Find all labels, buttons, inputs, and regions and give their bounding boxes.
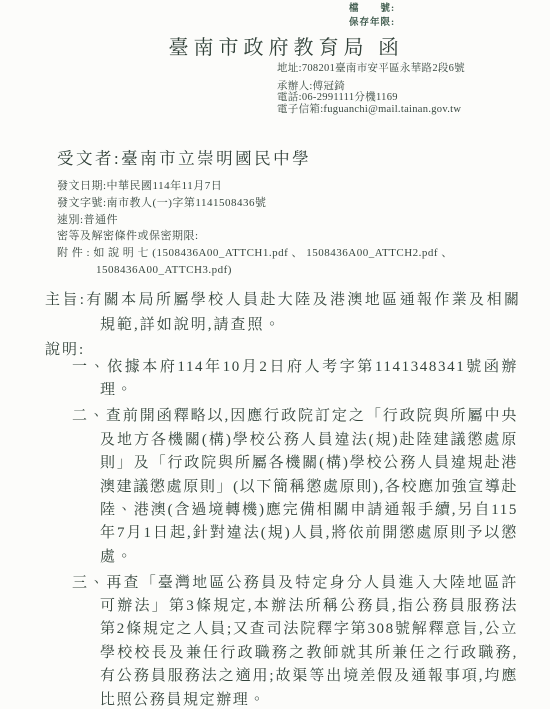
item-text: 依據本府114年10月2日府人考字第1141348341號函辦理。 — [100, 359, 518, 398]
item-number: 一、 — [72, 359, 107, 375]
subject-line: 主旨:有關本局所屬學校人員赴大陸及港澳地區通報作業及相關規範,詳如說明,請查照。 — [45, 288, 521, 338]
document-meta-block: 發文日期:中華民國114年11月7日 發文字號:南市教人(一)字第1141508… — [57, 178, 529, 279]
description-item: 三、再查「臺灣地區公務員及特定身分人員進入大陸地區許可辦法」第3條規定,本辦法所… — [72, 572, 518, 709]
issue-date-line: 發文日期:中華民國114年11月7日 — [57, 178, 529, 195]
priority-line: 速別:普通件 — [57, 212, 529, 229]
retention-period-label: 保存年限: — [349, 17, 395, 31]
description-item: 一、依據本府114年10月2日府人考字第1141348341號函辦理。 — [72, 356, 518, 403]
attachment-label: 附 件 : — [57, 247, 90, 259]
item-text: 再查「臺灣地區公務員及特定身分人員進入大陸地區許可辦法」第3條規定,本辦法所稱公… — [100, 575, 518, 708]
attachment-line: 附 件 : 如 說 明 七 (1508436A00_ATTCH1.pdf 、 1… — [57, 245, 529, 279]
agency-title: 臺南市政府教育局 函 — [0, 31, 550, 60]
phone-line: 電話:06-2991111分機1169 — [277, 92, 465, 104]
item-number: 三、 — [72, 575, 106, 591]
address-line: 地址:708201臺南市安平區永華路2段6號 — [277, 63, 465, 75]
contact-person-line: 承辦人:傅冠錡 — [277, 81, 465, 93]
recipient-line: 受文者:臺南市立崇明國民中學 — [57, 145, 311, 169]
description-items: 一、依據本府114年10月2日府人考字第1141348341號函辦理。 二、查前… — [72, 356, 518, 709]
subject-label: 主旨: — [45, 292, 86, 308]
subject-text: 有關本局所屬學校人員赴大陸及港澳地區通報作業及相關規範,詳如說明,請查照。 — [86, 292, 521, 333]
doc-number-line: 發文字號:南市教人(一)字第1141508436號 — [57, 195, 529, 212]
recipient-name: 臺南市立崇明國民中學 — [121, 149, 311, 168]
description-item: 二、查前開函釋略以,因應行政院訂定之「行政院與所屬中央及地方各機關(構)學校公務… — [72, 405, 518, 569]
attachment-value: 如 說 明 七 (1508436A00_ATTCH1.pdf 、 1508436… — [93, 247, 453, 276]
email-line: 電子信箱:fuguanchi@mail.tainan.gov.tw — [277, 104, 465, 116]
corner-labels: 檔 號: 保存年限: — [349, 3, 395, 30]
contact-info-block: 地址:708201臺南市安平區永華路2段6號 承辦人:傅冠錡 電話:06-299… — [277, 63, 465, 115]
item-number: 二、 — [72, 408, 106, 424]
file-number-label: 檔 號: — [349, 3, 395, 17]
official-letter-page: 檔 號: 保存年限: 臺南市政府教育局 函 地址:708201臺南市安平區永華路… — [0, 0, 550, 709]
security-line: 密等及解密條件或保密期限: — [57, 228, 529, 245]
recipient-label: 受文者: — [57, 149, 121, 168]
item-text: 查前開函釋略以,因應行政院訂定之「行政院與所屬中央及地方各機關(構)學校公務人員… — [100, 408, 518, 564]
